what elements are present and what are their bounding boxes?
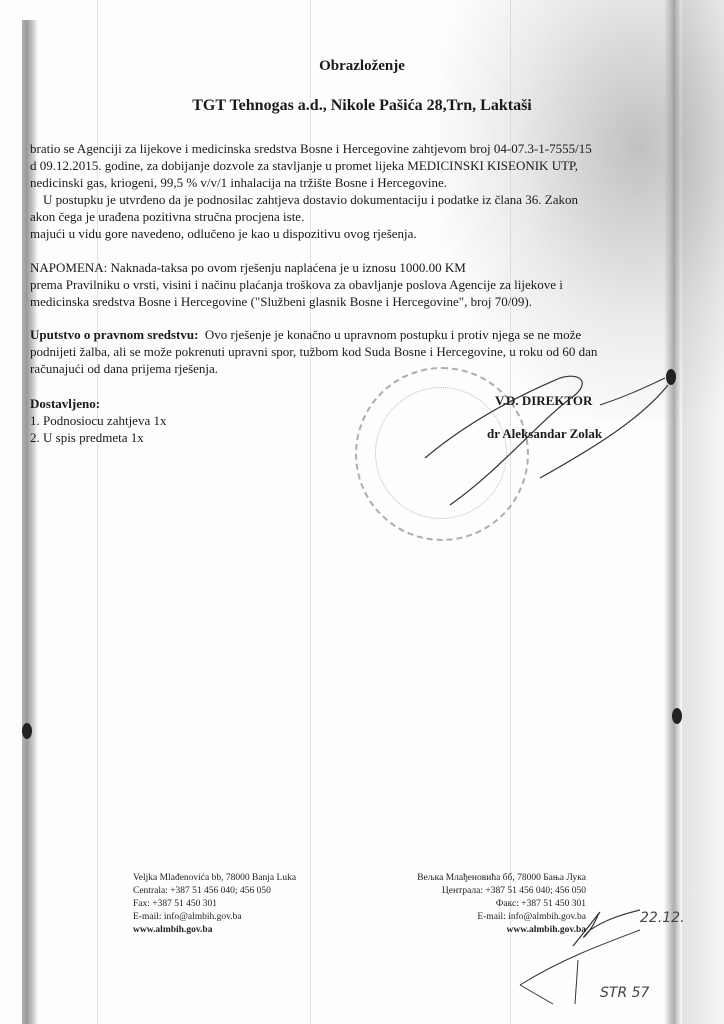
handwritten-date: 22.12. (640, 910, 685, 926)
handwritten-signature-icon (0, 0, 724, 1024)
footer-email: E-mail: info@almbih.gov.ba (380, 911, 586, 924)
footer-phone: Централа: +387 51 456 040; 456 050 (380, 885, 586, 898)
footer-contact-cyrillic: Вељка Млађеновића бб, 78000 Бања Лука Це… (380, 872, 586, 937)
handwritten-page-number: STR 57 (600, 985, 649, 1001)
footer-website: www.almbih.gov.ba (380, 924, 586, 937)
footer-address: Veljka Mlađenovića bb, 78000 Banja Luka (133, 872, 296, 885)
footer-website: www.almbih.gov.ba (133, 924, 296, 937)
footer-fax: Факс: +387 51 450 301 (380, 898, 586, 911)
footer-email: E-mail: info@almbih.gov.ba (133, 911, 296, 924)
footer-contact-latin: Veljka Mlađenovića bb, 78000 Banja Luka … (133, 872, 296, 937)
footer-fax: Fax: +387 51 450 301 (133, 898, 296, 911)
scanned-document-page: Obrazloženje TGT Tehnogas a.d., Nikole P… (0, 0, 724, 1024)
footer-address: Вељка Млађеновића бб, 78000 Бања Лука (380, 872, 586, 885)
footer-phone: Centrala: +387 51 456 040; 456 050 (133, 885, 296, 898)
